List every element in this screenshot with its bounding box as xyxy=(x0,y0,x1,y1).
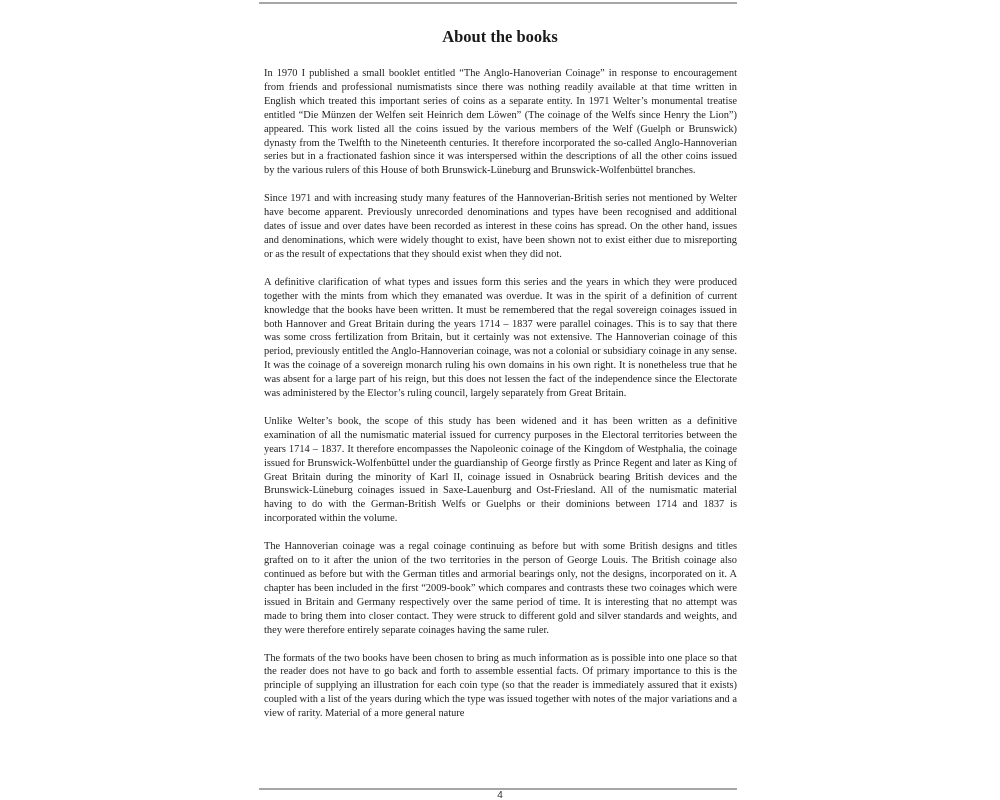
page-number: 4 xyxy=(480,790,520,800)
paragraph-3: A definitive clarification of what types… xyxy=(264,276,737,401)
header-rule xyxy=(259,2,737,4)
body-text: In 1970 I published a small booklet enti… xyxy=(264,67,737,735)
paragraph-1: In 1970 I published a small booklet enti… xyxy=(264,67,737,178)
paragraph-6: The formats of the two books have been c… xyxy=(264,652,737,722)
paragraph-5: The Hannoverian coinage was a regal coin… xyxy=(264,540,737,637)
page-title: About the books xyxy=(250,27,750,47)
paragraph-4: Unlike Welter’s book, the scope of this … xyxy=(264,415,737,526)
paragraph-2: Since 1971 and with increasing study man… xyxy=(264,192,737,262)
